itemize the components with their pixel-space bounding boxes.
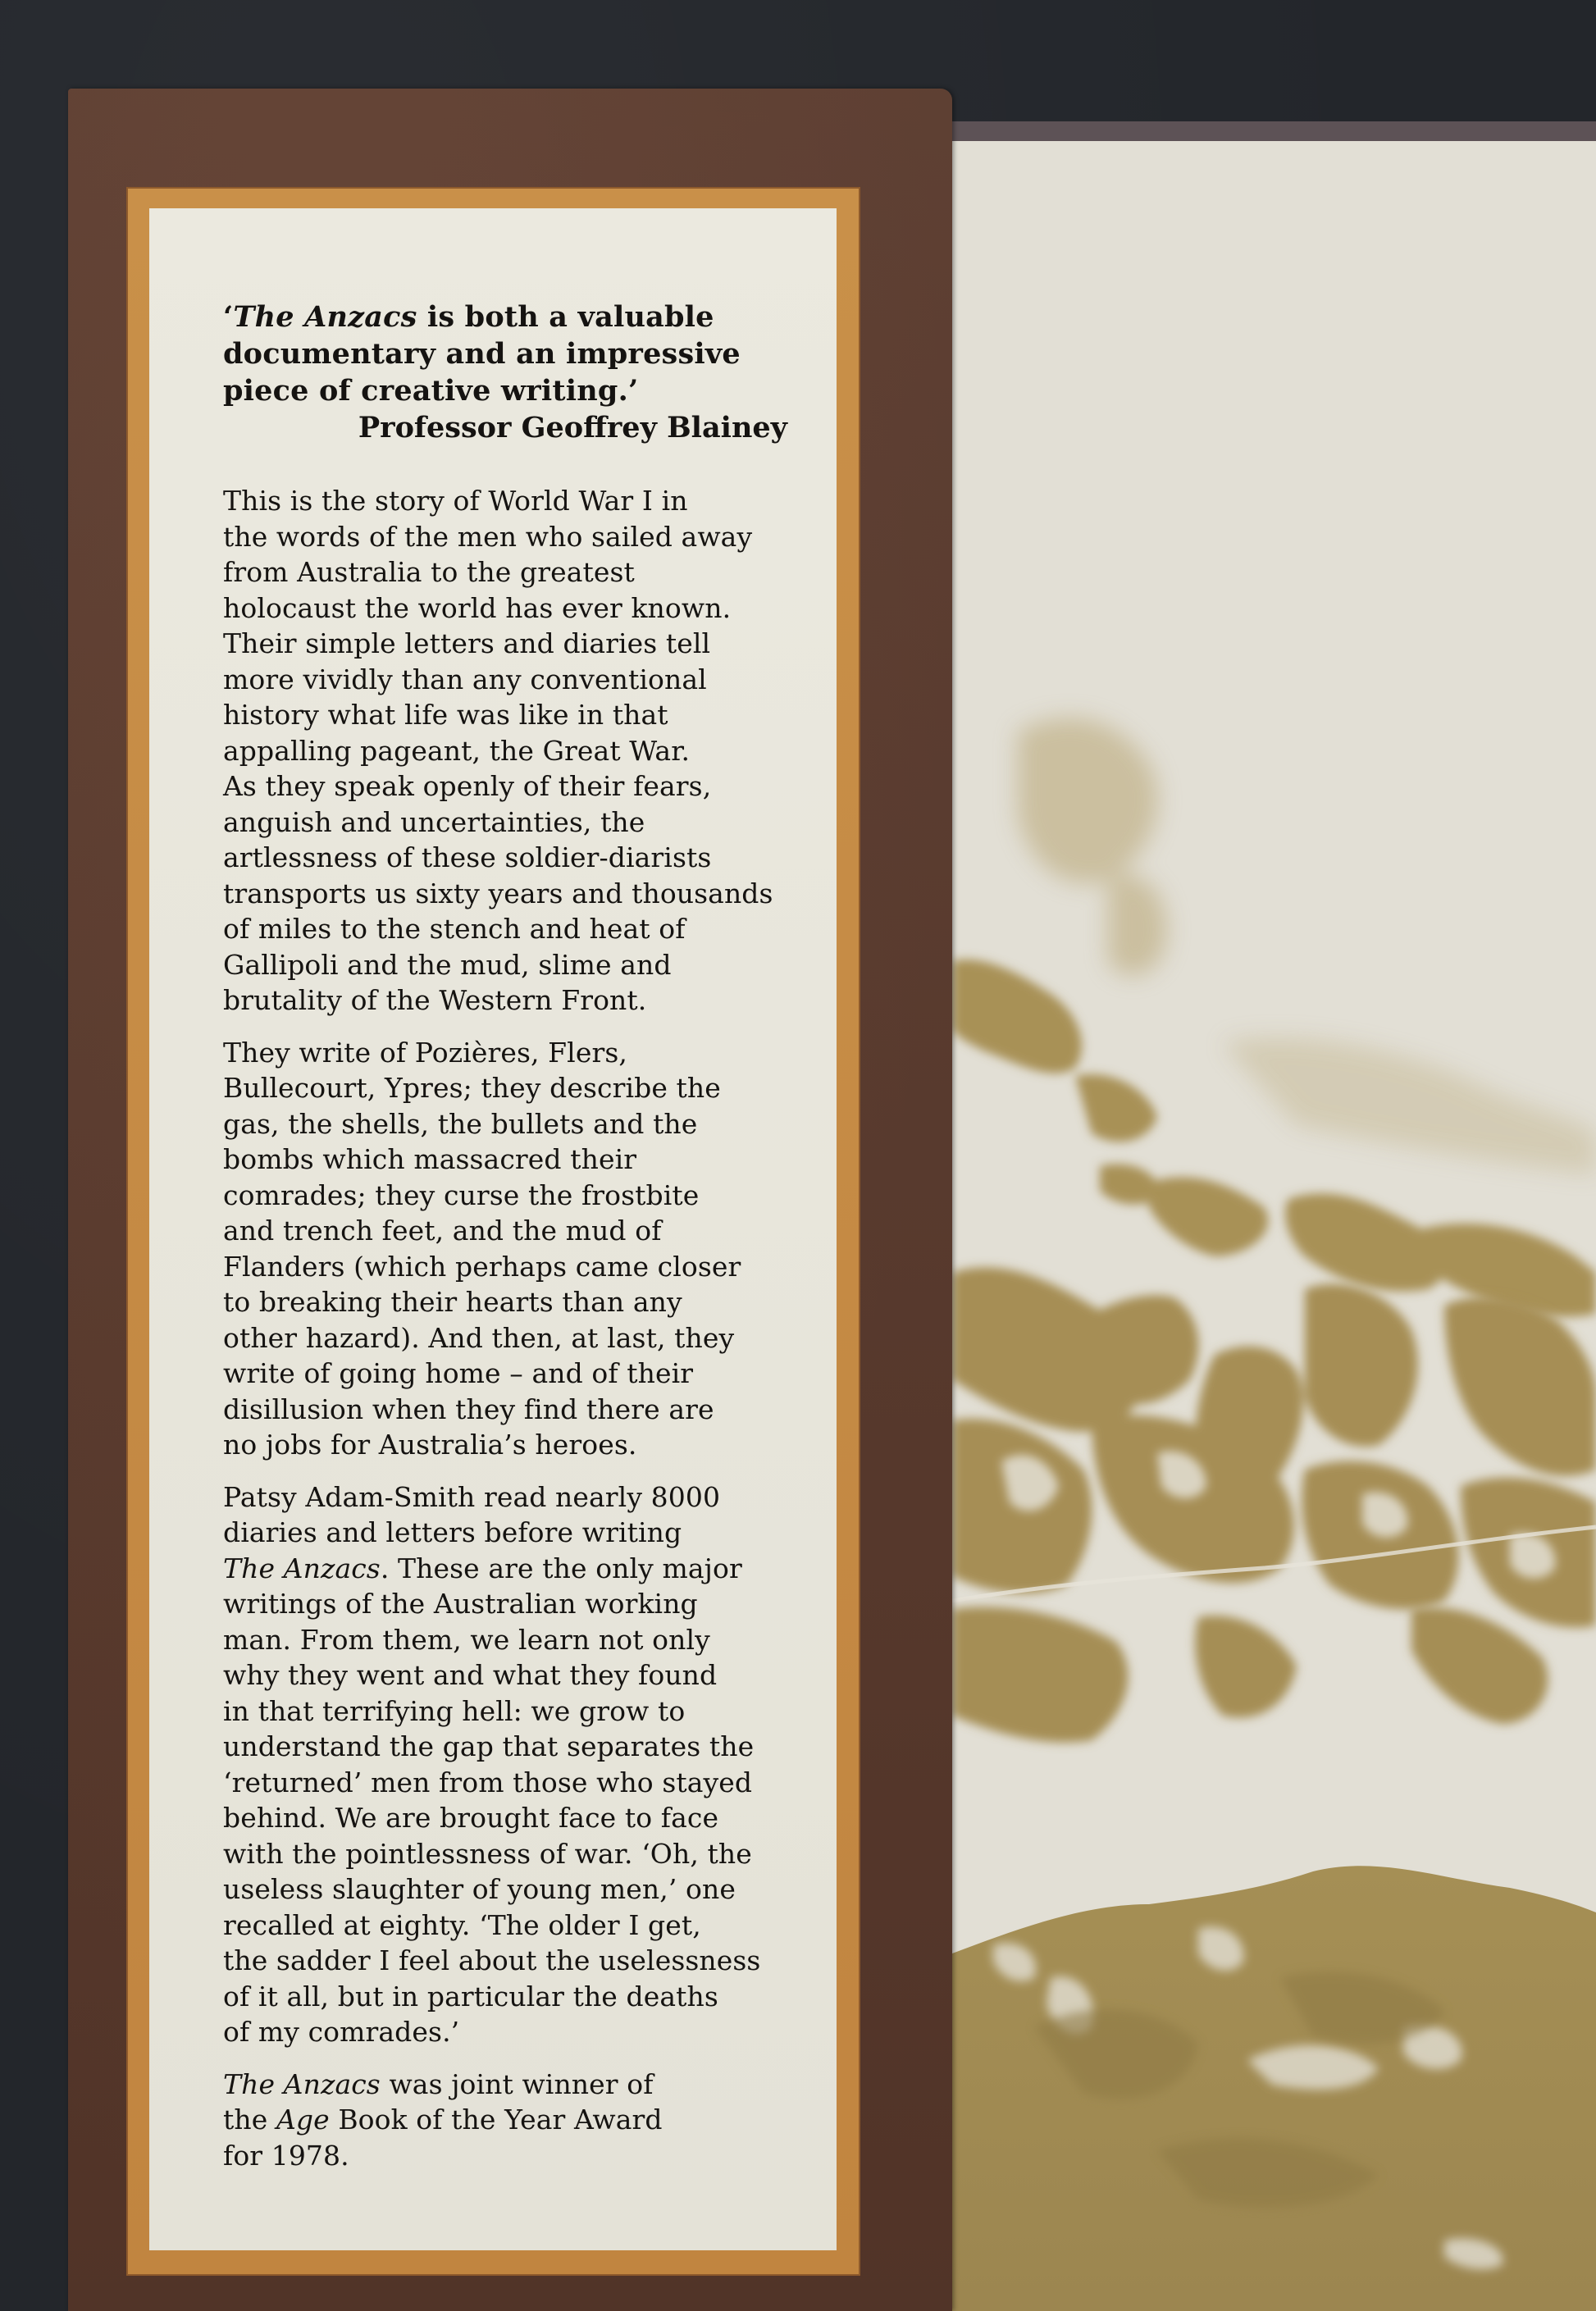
- text-line: of my comrades.’: [223, 2014, 787, 2050]
- text-line: why they went and what they found: [223, 1657, 787, 1693]
- text-line: from Australia to the greatest: [223, 554, 787, 590]
- text-line: appalling pageant, the Great War.: [223, 733, 787, 769]
- quote-attribution: Professor Geoffrey Blainey: [223, 409, 787, 446]
- book-title-italic: The Anzacs: [233, 300, 417, 334]
- text-line: Patsy Adam-Smith read nearly 8000: [223, 1479, 787, 1516]
- text-line: anguish and uncertainties, the: [223, 805, 787, 841]
- quote-line: documentary and an impressive: [223, 335, 787, 372]
- blurb-panel: ‘The Anzacs is both a valuable documenta…: [149, 208, 837, 2250]
- text-line: other hazard). And then, at last, they: [223, 1320, 787, 1356]
- text-line: disillusion when they find there are: [223, 1392, 787, 1428]
- text-line: recalled at eighty. ‘The older I get,: [223, 1908, 787, 1944]
- book-title-italic: The Anzacs: [223, 2068, 381, 2100]
- text-line: Gallipoli and the mud, slime and: [223, 947, 787, 983]
- text-fragment: . These are the only major: [381, 1552, 742, 1584]
- photograph-icon: [952, 141, 1596, 2311]
- text-line: The Anzacs was joint winner of: [223, 2067, 787, 2103]
- text-line: of miles to the stench and heat of: [223, 911, 787, 947]
- text-fragment: was joint winner of: [381, 2068, 654, 2100]
- text-line: with the pointlessness of war. ‘Oh, the: [223, 1836, 787, 1872]
- text-fragment: the: [223, 2104, 276, 2136]
- quote-line: ‘The Anzacs is both a valuable: [223, 299, 787, 335]
- paragraph-award: The Anzacs was joint winner of the Age B…: [223, 2067, 787, 2174]
- paragraph-author: Patsy Adam-Smith read nearly 8000 diarie…: [223, 1479, 787, 2050]
- text-line: diaries and letters before writing: [223, 1515, 787, 1551]
- quote-line: piece of creative writing.’: [223, 372, 787, 409]
- text-line: behind. We are brought face to face: [223, 1800, 787, 1836]
- sepia-photograph: [952, 141, 1596, 2311]
- text-line: the sadder I feel about the uselessness: [223, 1943, 787, 1979]
- text-line: As they speak openly of their fears,: [223, 768, 787, 805]
- text-line: gas, the shells, the bullets and the: [223, 1106, 787, 1142]
- text-line: artlessness of these soldier-diarists: [223, 840, 787, 876]
- text-line: Their simple letters and diaries tell: [223, 626, 787, 662]
- text-line: brutality of the Western Front.: [223, 982, 787, 1019]
- newspaper-title-italic: Age: [276, 2104, 330, 2136]
- text-line: the words of the men who sailed away: [223, 519, 787, 555]
- text-line: history what life was like in that: [223, 697, 787, 733]
- paragraph-battles: They write of Pozières, Flers, Bullecour…: [223, 1035, 787, 1463]
- text-line: Flanders (which perhaps came closer: [223, 1249, 787, 1285]
- text-line: no jobs for Australia’s heroes.: [223, 1427, 787, 1463]
- text-line: in that terrifying hell: we grow to: [223, 1693, 787, 1730]
- book-title-italic: The Anzacs: [223, 1552, 381, 1584]
- text-line: Bullecourt, Ypres; they describe the: [223, 1070, 787, 1106]
- text-line: This is the story of World War I in: [223, 483, 787, 519]
- text-line: for 1978.: [223, 2138, 787, 2174]
- text-line: of it all, but in particular the deaths: [223, 1979, 787, 2015]
- text-line: transports us sixty years and thousands: [223, 876, 787, 912]
- text-line: the Age Book of the Year Award: [223, 2102, 787, 2138]
- text-fragment: Book of the Year Award: [330, 2104, 663, 2136]
- text-line: more vividly than any conventional: [223, 662, 787, 698]
- paragraph-story: This is the story of World War I in the …: [223, 483, 787, 1019]
- text-line: useless slaughter of young men,’ one: [223, 1871, 787, 1908]
- text-line: holocaust the world has ever known.: [223, 590, 787, 627]
- text-line: write of going home – and of their: [223, 1356, 787, 1392]
- text-line: to breaking their hearts than any: [223, 1284, 787, 1320]
- text-line: man. From them, we learn not only: [223, 1622, 787, 1658]
- text-line: ‘returned’ men from those who stayed: [223, 1765, 787, 1801]
- quote-text: is both a valuable: [417, 300, 714, 334]
- text-line: The Anzacs. These are the only major: [223, 1551, 787, 1587]
- text-line: understand the gap that separates the: [223, 1729, 787, 1765]
- text-line: writings of the Australian working: [223, 1586, 787, 1622]
- review-quote: ‘The Anzacs is both a valuable documenta…: [223, 299, 787, 409]
- text-line: bombs which massacred their: [223, 1142, 787, 1178]
- text-line: comrades; they curse the frostbite: [223, 1178, 787, 1214]
- text-line: and trench feet, and the mud of: [223, 1213, 787, 1249]
- quote-open-mark: ‘: [223, 300, 233, 334]
- text-line: They write of Pozières, Flers,: [223, 1035, 787, 1071]
